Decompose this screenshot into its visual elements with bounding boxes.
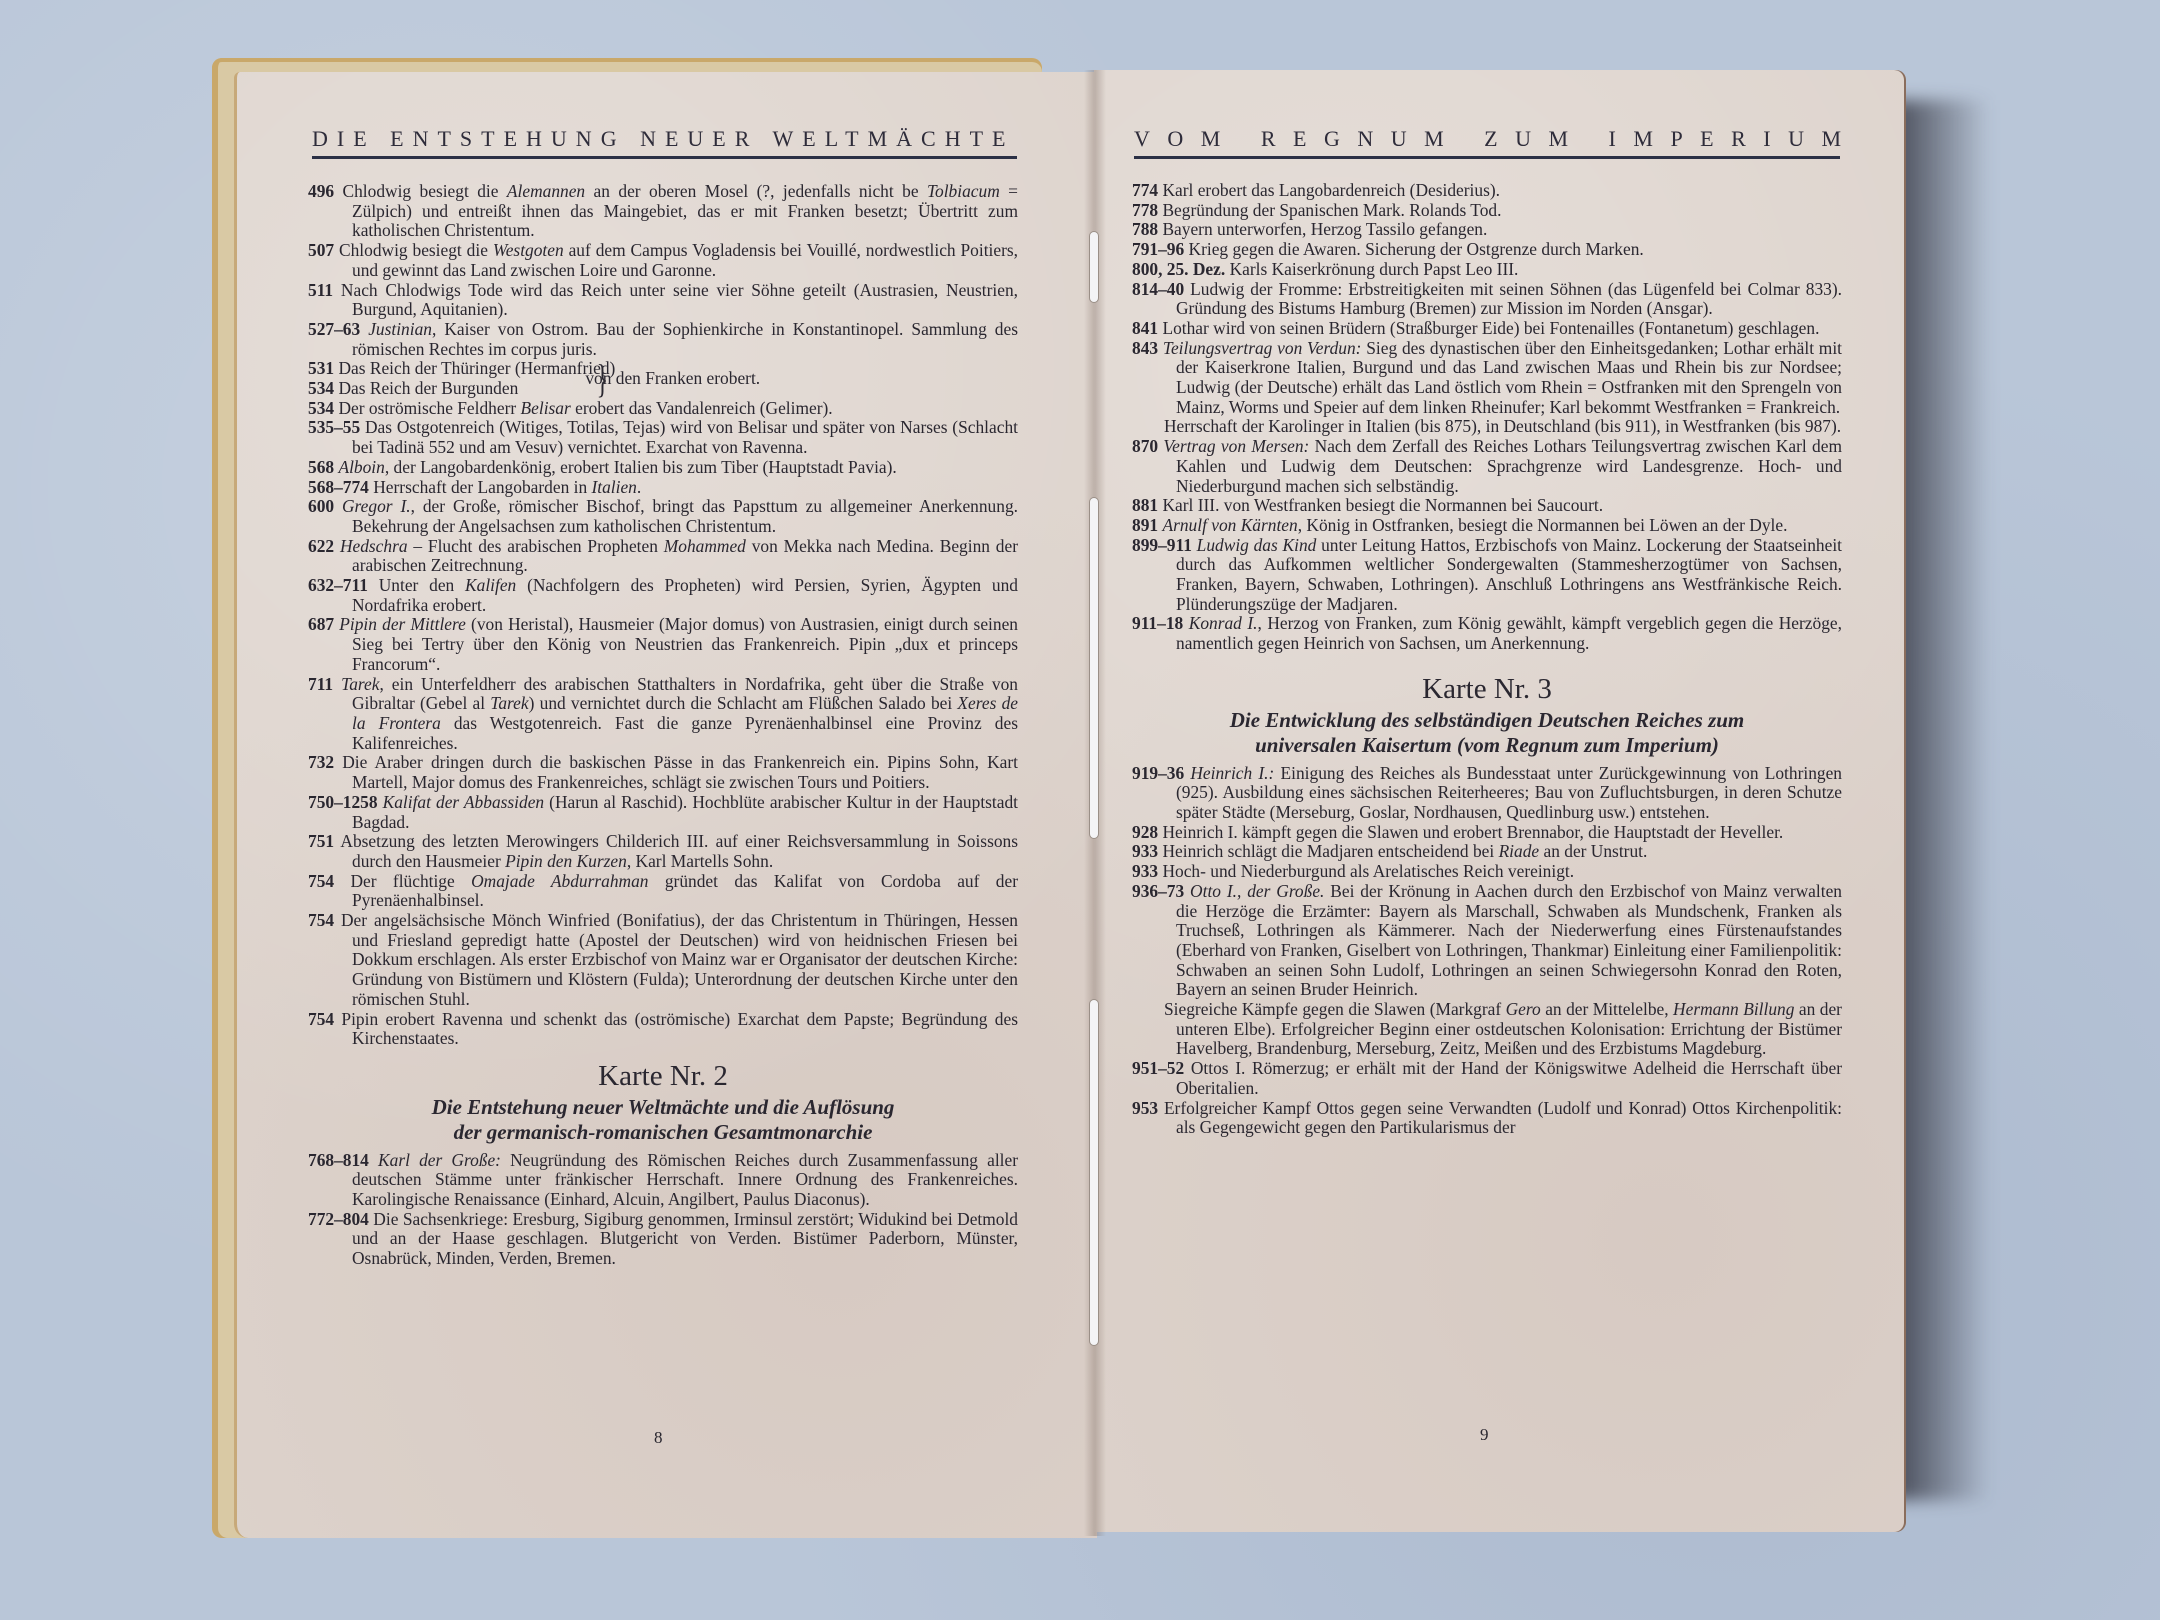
year: 928 — [1132, 822, 1158, 842]
emphasis-text: Konrad I. — [1189, 613, 1258, 633]
subtitle-line: Die Entstehung neuer Weltmächte und die … — [308, 1095, 1018, 1120]
entry-text: Karl III. von Westfranken besiegt die No… — [1162, 495, 1603, 515]
brace-line: 534 Das Reich der Burgunden — [352, 379, 615, 399]
entry-text: , der Große, römischer Bischof, bringt d… — [352, 496, 1018, 536]
brace-entry-group: 531 Das Reich der Thüringer (Hermanfried… — [308, 359, 1018, 398]
emphasis-text: Alboin — [338, 457, 384, 477]
chronology-entry: 754 Der angelsächsische Mönch Winfried (… — [308, 911, 1018, 1010]
year: 841 — [1132, 318, 1158, 338]
chronology-entry: 751 Absetzung des letzten Merowingers Ch… — [308, 832, 1018, 871]
chronology-entry: 881 Karl III. von Westfranken besiegt di… — [1132, 496, 1842, 516]
year: 750–1258 — [308, 792, 378, 812]
emphasis-text: Teilungsvertrag von Verdun: — [1163, 338, 1362, 358]
entry-text: – Flucht des arabischen Propheten — [408, 536, 664, 556]
brace-shared-text: von den Franken erobert. — [629, 369, 760, 389]
emphasis-text: Kalifat der Abbassiden — [383, 792, 545, 812]
section-subtitle: Die Entstehung neuer Weltmächte und die … — [308, 1095, 1018, 1145]
year: 622 — [308, 536, 334, 556]
entry-text: Ludwig der Fromme: Erbstreitigkeiten mit… — [1176, 279, 1842, 319]
chronology-entry: Herrschaft der Karolinger in Italien (bi… — [1132, 417, 1842, 437]
binding-stitch — [1090, 1000, 1098, 1345]
year: 751 — [308, 831, 334, 851]
year: 774 — [1132, 180, 1158, 200]
emphasis-text: Justinian — [368, 319, 432, 339]
left-page-text: 496 Chlodwig besiegt die Alemannen an de… — [308, 182, 1018, 1269]
year: 754 — [308, 1009, 334, 1029]
year: 534 — [308, 378, 334, 398]
chronology-entry: 891 Arnulf von Kärnten, König in Ostfran… — [1132, 516, 1842, 536]
chronology-entry: 600 Gregor I., der Große, römischer Bisc… — [308, 497, 1018, 536]
entry-text: Karl erobert das Langobardenreich (Desid… — [1162, 180, 1500, 200]
year: 768–814 — [308, 1150, 369, 1170]
year: 527–63 — [308, 319, 360, 339]
emphasis-text: Tarek — [341, 674, 379, 694]
emphasis-text: Riade — [1499, 841, 1540, 861]
chronology-entry: 911–18 Konrad I., Herzog von Franken, zu… — [1132, 614, 1842, 653]
section-subtitle: Die Entwicklung des selbständigen Deutsc… — [1132, 708, 1842, 758]
entry-text: Der oströmische Feldherr — [338, 398, 520, 418]
entry-text: Chlodwig besiegt die — [343, 181, 507, 201]
emphasis-text: Vertrag von Mersen: — [1163, 436, 1309, 456]
chronology-entry: 732 Die Araber dringen durch die baskisc… — [308, 753, 1018, 792]
entry-text: , Kaiser von Ostrom. Bau der Sophienkirc… — [352, 319, 1018, 359]
entry-text: Heinrich schlägt die Madjaren entscheide… — [1162, 841, 1498, 861]
chronology-entry: 750–1258 Kalifat der Abbassiden (Harun a… — [308, 793, 1018, 832]
year: 911–18 — [1132, 613, 1183, 633]
emphasis-text: Gregor I. — [342, 496, 411, 516]
chronology-entry: 919–36 Heinrich I.: Einigung des Reiches… — [1132, 764, 1842, 823]
entry-text: Die Araber dringen durch die baskischen … — [342, 752, 1018, 792]
year: 933 — [1132, 841, 1158, 861]
chronology-entry: 933 Hoch- und Niederburgund als Arelatis… — [1132, 862, 1842, 882]
entries-section: 919–36 Heinrich I.: Einigung des Reiches… — [1132, 764, 1842, 1138]
chronology-entry: 754 Pipin erobert Ravenna und schenkt da… — [308, 1010, 1018, 1049]
year: 732 — [308, 752, 334, 772]
chronology-entry: 535–55 Das Ostgotenreich (Witiges, Totil… — [308, 418, 1018, 457]
chronology-entry: 568–774 Herrschaft der Langobarden in It… — [308, 478, 1018, 498]
chronology-entry: 951–52 Ottos I. Römerzug; er erhält mit … — [1132, 1059, 1842, 1098]
year: 951–52 — [1132, 1058, 1184, 1078]
year: 919–36 — [1132, 763, 1184, 783]
entry-text: Das Reich der Burgunden — [338, 378, 518, 398]
year: 496 — [308, 181, 334, 201]
year: 800, 25. Dez. — [1132, 259, 1225, 279]
chronology-entry: 772–804 Die Sachsenkriege: Eresburg, Sig… — [308, 1210, 1018, 1269]
year: 870 — [1132, 436, 1158, 456]
emphasis-text: Karl der Große: — [378, 1150, 501, 1170]
binding-stitch — [1090, 498, 1098, 838]
entry-text: Pipin erobert Ravenna und schenkt das (o… — [341, 1009, 1018, 1049]
year: 788 — [1132, 219, 1158, 239]
chronology-entry: 754 Der flüchtige Omajade Abdurrahman gr… — [308, 872, 1018, 911]
year: 531 — [308, 358, 334, 378]
chronology-entry: 534 Der oströmische Feldherr Belisar ero… — [308, 399, 1018, 419]
chronology-entry: 632–711 Unter den Kalifen (Nachfolgern d… — [308, 576, 1018, 615]
chronology-entry: 768–814 Karl der Große: Neugründung des … — [308, 1151, 1018, 1210]
entries-before: 496 Chlodwig besiegt die Alemannen an de… — [308, 182, 1018, 359]
entry-text: Erfolgreicher Kampf Ottos gegen seine Ve… — [1164, 1098, 1842, 1138]
entry-text: das Westgotenreich. Fast die ganze Pyren… — [352, 713, 1018, 753]
chronology-entry: 687 Pipin der Mittlere (von Heristal), H… — [308, 615, 1018, 674]
entry-text: , Karl Martells Sohn. — [627, 851, 773, 871]
year: 814–40 — [1132, 279, 1184, 299]
entry-text: Herrschaft der Langobarden in — [373, 477, 591, 497]
chronology-entry: 800, 25. Dez. Karls Kaiserkrönung durch … — [1132, 260, 1842, 280]
entry-text: , der Langobardenkönig, erobert Italien … — [385, 457, 897, 477]
emphasis-text: Heinrich I.: — [1190, 763, 1274, 783]
chronology-entry: 622 Hedschra – Flucht des arabischen Pro… — [308, 537, 1018, 576]
entry-text: an der oberen Mosel (?, jedenfalls nicht… — [585, 181, 927, 201]
emphasis-text: Hermann Billung — [1673, 999, 1794, 1019]
chronology-entry: 791–96 Krieg gegen die Awaren. Sicherung… — [1132, 240, 1842, 260]
entry-text: Lothar wird von seinen Brüdern (Straßbur… — [1162, 318, 1819, 338]
year: 772–804 — [308, 1209, 369, 1229]
entry-text: Der angelsächsische Mönch Winfried (Boni… — [341, 910, 1018, 1009]
year: 936–73 — [1132, 881, 1184, 901]
entry-text: Begründung der Spanischen Mark. Rolands … — [1162, 200, 1501, 220]
brace-line: 531 Das Reich der Thüringer (Hermanfried… — [352, 359, 615, 379]
year: 891 — [1132, 515, 1158, 535]
year: 535–55 — [308, 417, 360, 437]
chronology-entry: Siegreiche Kämpfe gegen die Slawen (Mark… — [1132, 1000, 1842, 1059]
emphasis-text: Belisar — [521, 398, 571, 418]
emphasis-text: Tarek — [490, 693, 528, 713]
emphasis-text: Alemannen — [507, 181, 585, 201]
chronology-entry: 507 Chlodwig besiegt die Westgoten auf d… — [308, 241, 1018, 280]
entry-text: Das Ostgotenreich (Witiges, Totilas, Tej… — [352, 417, 1018, 457]
page-number-left: 8 — [654, 1428, 663, 1448]
entries-after: 534 Der oströmische Feldherr Belisar ero… — [308, 399, 1018, 1049]
emphasis-text: Hedschra — [340, 536, 408, 556]
binding-stitch — [1090, 232, 1098, 302]
emphasis-text: Tolbiacum — [927, 181, 1000, 201]
emphasis-text: Pipin der Mittlere — [339, 614, 466, 634]
year: 933 — [1132, 861, 1158, 881]
entry-text: Hoch- und Niederburgund als Arelatisches… — [1162, 861, 1574, 881]
book-shadow — [1890, 100, 1990, 1500]
entry-text: Das Reich der Thüringer (Hermanfried) — [338, 358, 615, 378]
chronology-entry: 496 Chlodwig besiegt die Alemannen an de… — [308, 182, 1018, 241]
entry-text: Heinrich I. kämpft gegen die Slawen und … — [1162, 822, 1783, 842]
entry-text: Herrschaft der Karolinger in Italien (bi… — [1164, 416, 1841, 436]
page-number-right: 9 — [1480, 1425, 1489, 1445]
entry-text: Die Sachsenkriege: Eresburg, Sigiburg ge… — [352, 1209, 1018, 1268]
year: 687 — [308, 614, 334, 634]
chronology-entry: 841 Lothar wird von seinen Brüdern (Stra… — [1132, 319, 1842, 339]
year: 568–774 — [308, 477, 369, 497]
running-head-left: DIE ENTSTEHUNG NEUER WELTMÄCHTE — [312, 126, 1017, 159]
emphasis-text: Kalifen — [465, 575, 516, 595]
section-title: Karte Nr. 3 — [1132, 680, 1842, 700]
subtitle-line: universalen Kaisertum (vom Regnum zum Im… — [1132, 733, 1842, 758]
emphasis-text: Mohammed — [664, 536, 746, 556]
chronology-entry: 899–911 Ludwig das Kind unter Leitung Ha… — [1132, 536, 1842, 615]
chronology-entry: 711 Tarek, ein Unterfeldherr des arabisc… — [308, 675, 1018, 754]
year: 568 — [308, 457, 334, 477]
chronology-entry: 928 Heinrich I. kämpft gegen die Slawen … — [1132, 823, 1842, 843]
emphasis-text: Otto I., der Große. — [1190, 881, 1324, 901]
entry-text: erobert das Vandalenreich (Gelimer). — [571, 398, 833, 418]
chronology-entry: 527–63 Justinian, Kaiser von Ostrom. Bau… — [308, 320, 1018, 359]
brace-lines: 531 Das Reich der Thüringer (Hermanfried… — [352, 359, 615, 398]
subtitle-line: der germanisch-romanischen Gesamtmonarch… — [308, 1120, 1018, 1145]
chronology-entry: 870 Vertrag von Mersen: Nach dem Zerfall… — [1132, 437, 1842, 496]
year: 899–911 — [1132, 535, 1192, 555]
emphasis-text: Omajade Abdurrahman — [471, 871, 648, 891]
chronology-entry: 778 Begründung der Spanischen Mark. Rola… — [1132, 201, 1842, 221]
chronology-entry: 814–40 Ludwig der Fromme: Erbstreitigkei… — [1132, 280, 1842, 319]
year: 953 — [1132, 1098, 1158, 1118]
entries-before: 774 Karl erobert das Langobardenreich (D… — [1132, 181, 1842, 654]
year: 507 — [308, 240, 334, 260]
chronology-entry: 936–73 Otto I., der Große. Bei der Krönu… — [1132, 882, 1842, 1000]
chronology-entry: 774 Karl erobert das Langobardenreich (D… — [1132, 181, 1842, 201]
emphasis-text: Gero — [1506, 999, 1541, 1019]
chronology-entry: 953 Erfolgreicher Kampf Ottos gegen sein… — [1132, 1099, 1842, 1138]
entry-text: Unter den — [379, 575, 465, 595]
year: 843 — [1132, 338, 1158, 358]
entry-text: an der Mittelelbe, — [1541, 999, 1673, 1019]
entry-text: . — [637, 477, 641, 497]
emphasis-text: Ludwig das Kind — [1197, 535, 1317, 555]
entry-text: Chlodwig besiegt die — [339, 240, 493, 260]
entry-text: Bayern unterworfen, Herzog Tassilo gefan… — [1162, 219, 1487, 239]
entry-text: Ottos I. Römerzug; er erhält mit der Han… — [1176, 1058, 1842, 1098]
emphasis-text: Italien — [591, 477, 636, 497]
emphasis-text: Westgoten — [493, 240, 564, 260]
entry-text: an der Unstrut. — [1539, 841, 1647, 861]
entry-text: Einigung des Reiches als Bundesstaat unt… — [1176, 763, 1842, 822]
year: 791–96 — [1132, 239, 1184, 259]
chronology-entry: 843 Teilungsvertrag von Verdun: Sieg des… — [1132, 339, 1842, 418]
entry-text: Siegreiche Kämpfe gegen die Slawen (Mark… — [1164, 999, 1506, 1019]
emphasis-text: Pipin den Kurzen — [505, 851, 627, 871]
entry-text: , Herzog von Franken, zum König gewählt,… — [1176, 613, 1842, 653]
entry-text: Karls Kaiserkrönung durch Papst Leo III. — [1230, 259, 1519, 279]
entry-text: Nach Chlodwigs Tode wird das Reich unter… — [341, 280, 1018, 320]
year: 534 — [308, 398, 334, 418]
year: 881 — [1132, 495, 1158, 515]
chronology-entry: 568 Alboin, der Langobardenkönig, erober… — [308, 458, 1018, 478]
year: 511 — [308, 280, 333, 300]
entry-text: , König in Ostfranken, besiegt die Norma… — [1298, 515, 1788, 535]
year: 754 — [308, 910, 334, 930]
year: 754 — [308, 871, 334, 891]
entries-section: 768–814 Karl der Große: Neugründung des … — [308, 1151, 1018, 1269]
chronology-entry: 788 Bayern unterworfen, Herzog Tassilo g… — [1132, 220, 1842, 240]
entry-text: ) und vernichtet durch die Schlacht am F… — [529, 693, 958, 713]
year: 600 — [308, 496, 334, 516]
entry-text: Der flüchtige — [350, 871, 471, 891]
entry-text: Krieg gegen die Awaren. Sicherung der Os… — [1189, 239, 1644, 259]
year: 778 — [1132, 200, 1158, 220]
chronology-entry: 933 Heinrich schlägt die Madjaren entsch… — [1132, 842, 1842, 862]
subtitle-line: Die Entwicklung des selbständigen Deutsc… — [1132, 708, 1842, 733]
section-title: Karte Nr. 2 — [308, 1067, 1018, 1087]
year: 711 — [308, 674, 333, 694]
emphasis-text: Arnulf von Kärnten — [1162, 515, 1297, 535]
right-page-text: 774 Karl erobert das Langobardenreich (D… — [1132, 181, 1842, 1138]
chronology-entry: 511 Nach Chlodwigs Tode wird das Reich u… — [308, 281, 1018, 320]
running-head-right: VOM REGNUM ZUM IMPERIUM — [1134, 126, 1840, 159]
year: 632–711 — [308, 575, 368, 595]
